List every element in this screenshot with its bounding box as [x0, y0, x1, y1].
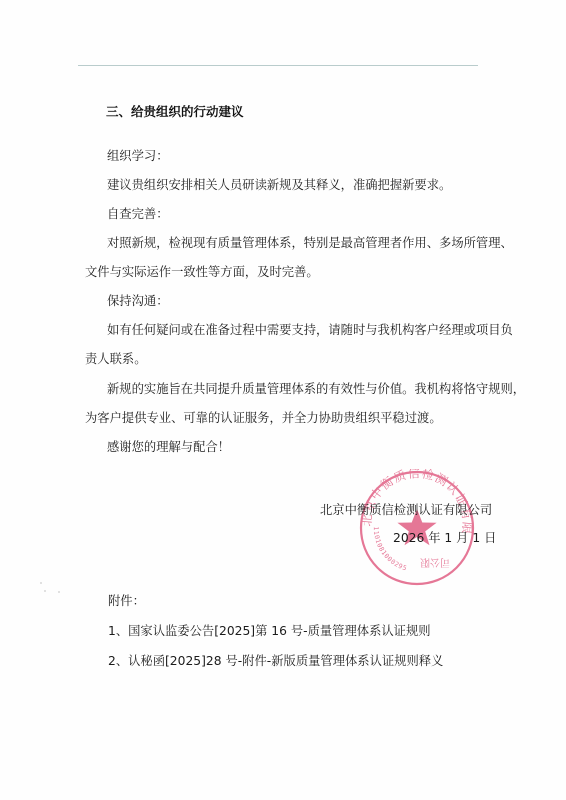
signature-company: 北京中衡质信检测认证有限公司 [320, 502, 492, 518]
paragraph-communication-line2: 责人联系。 [85, 351, 147, 367]
paragraph-self-check-line1: 对照新规，检视现有质量管理体系，特别是最高管理者作用、多场所管理、 [107, 235, 513, 251]
paragraph-communication-line1: 如有任何疑问或在准备过程中需要支持，请随时与我机构客户经理或项目负 [107, 322, 513, 338]
label-communication: 保持沟通： [107, 293, 169, 309]
paragraph-self-check-line2: 文件与实际运作一致性等方面，及时完善。 [85, 264, 319, 280]
paragraph-thanks: 感谢您的理解与配合！ [107, 439, 230, 455]
attachments-label: 附件： [108, 593, 145, 609]
attachment-item-1: 1、国家认监委公告[2025]第 16 号-质量管理体系认证规则 [108, 623, 431, 639]
label-organization-study: 组织学习： [107, 148, 169, 164]
attachment-item-2: 2、认秘函[2025]28 号-附件-新版质量管理体系认证规则释义 [108, 653, 443, 669]
signature-date: 2026 年 1 月 1 日 [393, 530, 496, 546]
official-seal: 北京中衡质信检测认证有限公司 1101081000295 司公限 [358, 469, 476, 587]
paragraph-implementation-line1: 新规的实施旨在共同提升质量管理体系的有效性与价值。我机构将恪守规则， [107, 381, 525, 397]
scan-speck [58, 591, 60, 593]
header-divider [78, 65, 478, 66]
scan-speck [40, 582, 42, 584]
paragraph-study: 建议贵组织安排相关人员研读新规及其释义，准确把握新要求。 [107, 177, 451, 193]
seal-bottom-glyphs: 司公限 [420, 556, 450, 568]
label-self-check: 自查完善： [107, 206, 169, 222]
scan-speck [44, 590, 46, 592]
section-heading: 三、给贵组织的行动建议 [106, 104, 244, 120]
document-page: 三、给贵组织的行动建议 组织学习： 建议贵组织安排相关人员研读新规及其释义，准确… [0, 0, 566, 800]
paragraph-implementation-line2: 为客户提供专业、可靠的认证服务，并全力协助贵组织平稳过渡。 [85, 410, 442, 426]
